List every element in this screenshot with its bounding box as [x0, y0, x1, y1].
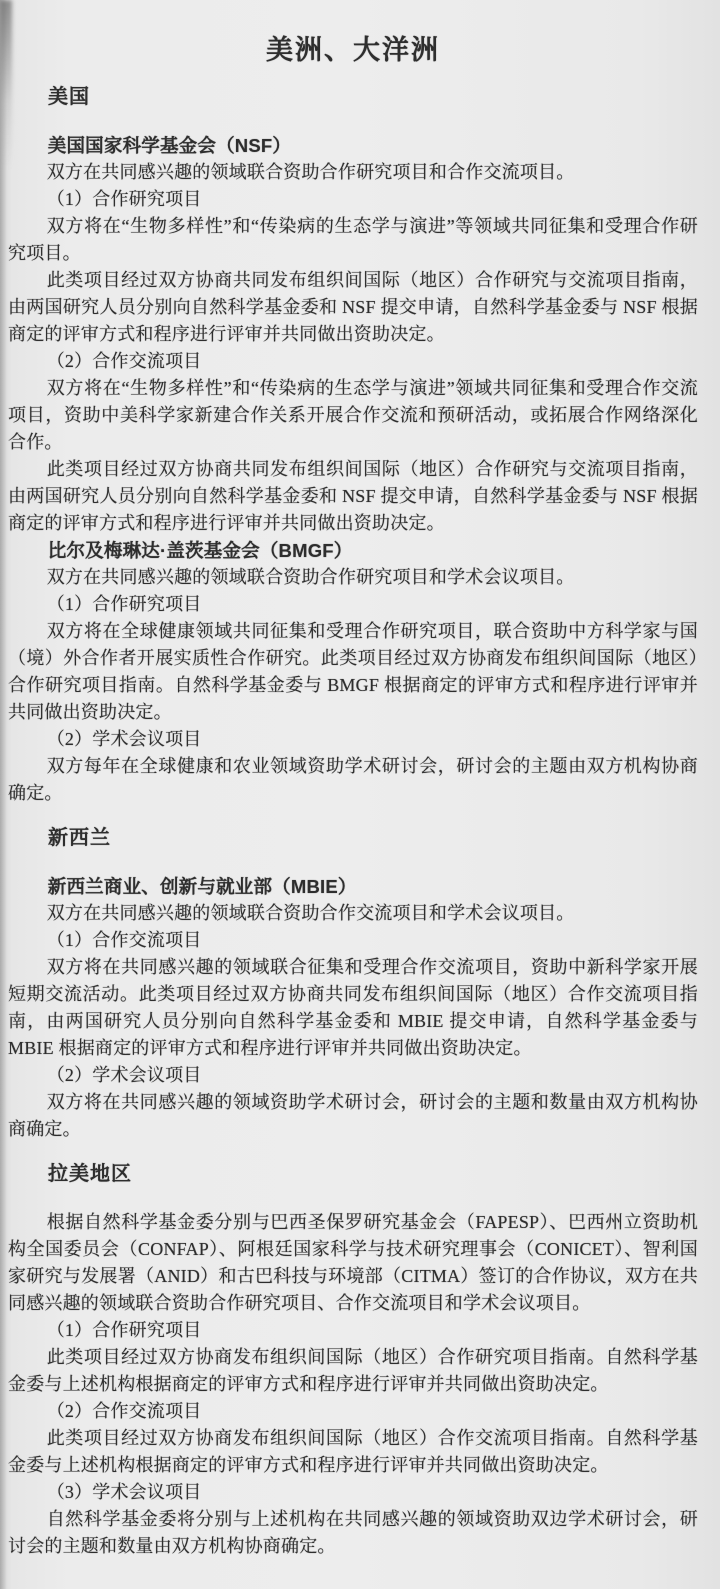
paragraph: 双方将在“生物多样性”和“传染病的生态学与演进”领域共同征集和受理合作交流项目，… — [8, 375, 698, 456]
paragraph: 此类项目经过双方协商发布组织间国际（地区）合作交流项目指南。自然科学基金委与上述… — [8, 1425, 698, 1479]
paragraph: 根据自然科学基金委分别与巴西圣保罗研究基金会（FAPESP）、巴西州立资助机构全… — [8, 1209, 698, 1317]
paragraph: 自然科学基金委将分别与上述机构在共同感兴趣的领域资助双边学术研讨会，研讨会的主题… — [8, 1506, 698, 1560]
section-heading-1: 美国 — [8, 86, 698, 108]
paragraph: （1）合作研究项目 — [8, 591, 698, 618]
paragraph: （3）学术会议项目 — [8, 1479, 698, 1506]
paragraph: 双方将在全球健康领域共同征集和受理合作研究项目，联合资助中方科学家与国（境）外合… — [8, 618, 698, 726]
paragraph: 双方将在共同感兴趣的领域资助学术研讨会，研讨会的主题和数量由双方机构协商确定。 — [8, 1089, 698, 1143]
paragraph: 双方在共同感兴趣的领域联合资助合作研究项目和合作交流项目。 — [8, 159, 698, 186]
scan-edge-shadow — [0, 0, 7, 1589]
paragraph: （1）合作研究项目 — [8, 186, 698, 213]
paragraph: （2）合作交流项目 — [8, 348, 698, 375]
paragraph: 双方在共同感兴趣的领域联合资助合作研究项目和学术会议项目。 — [8, 564, 698, 591]
organization-subheading: 美国国家科学基金会（NSF） — [8, 132, 698, 159]
paragraph: （2）学术会议项目 — [8, 1062, 698, 1089]
paragraph: （1）合作交流项目 — [8, 927, 698, 954]
paragraph: （2）学术会议项目 — [8, 726, 698, 753]
paragraph: （1）合作研究项目 — [8, 1317, 698, 1344]
paragraph: 双方将在“生物多样性”和“传染病的生态学与演进”等领域共同征集和受理合作研究项目… — [8, 213, 698, 267]
organization-subheading: 比尔及梅琳达·盖茨基金会（BMGF） — [8, 537, 698, 564]
document-body: 美国美国国家科学基金会（NSF）双方在共同感兴趣的领域联合资助合作研究项目和合作… — [8, 86, 698, 1560]
document-title: 美洲、大洋洲 — [8, 34, 698, 66]
paragraph: 双方每年在全球健康和农业领域资助学术研讨会，研讨会的主题由双方机构协商确定。 — [8, 753, 698, 807]
paragraph: 双方将在共同感兴趣的领域联合征集和受理合作交流项目，资助中新科学家开展短期交流活… — [8, 954, 698, 1062]
paragraph: 此类项目经过双方协商共同发布组织间国际（地区）合作研究与交流项目指南，由两国研究… — [8, 456, 698, 537]
section-heading-2: 新西兰 — [8, 827, 698, 849]
organization-subheading: 新西兰商业、创新与就业部（MBIE） — [8, 873, 698, 900]
paragraph: （2）合作交流项目 — [8, 1398, 698, 1425]
section-heading-3: 拉美地区 — [8, 1163, 698, 1185]
paragraph: 此类项目经过双方协商共同发布组织间国际（地区）合作研究与交流项目指南，由两国研究… — [8, 267, 698, 348]
paragraph: 此类项目经过双方协商发布组织间国际（地区）合作研究项目指南。自然科学基金委与上述… — [8, 1344, 698, 1398]
paragraph: 双方在共同感兴趣的领域联合资助合作交流项目和学术会议项目。 — [8, 900, 698, 927]
document-page: 美洲、大洋洲 美国美国国家科学基金会（NSF）双方在共同感兴趣的领域联合资助合作… — [0, 0, 720, 1589]
